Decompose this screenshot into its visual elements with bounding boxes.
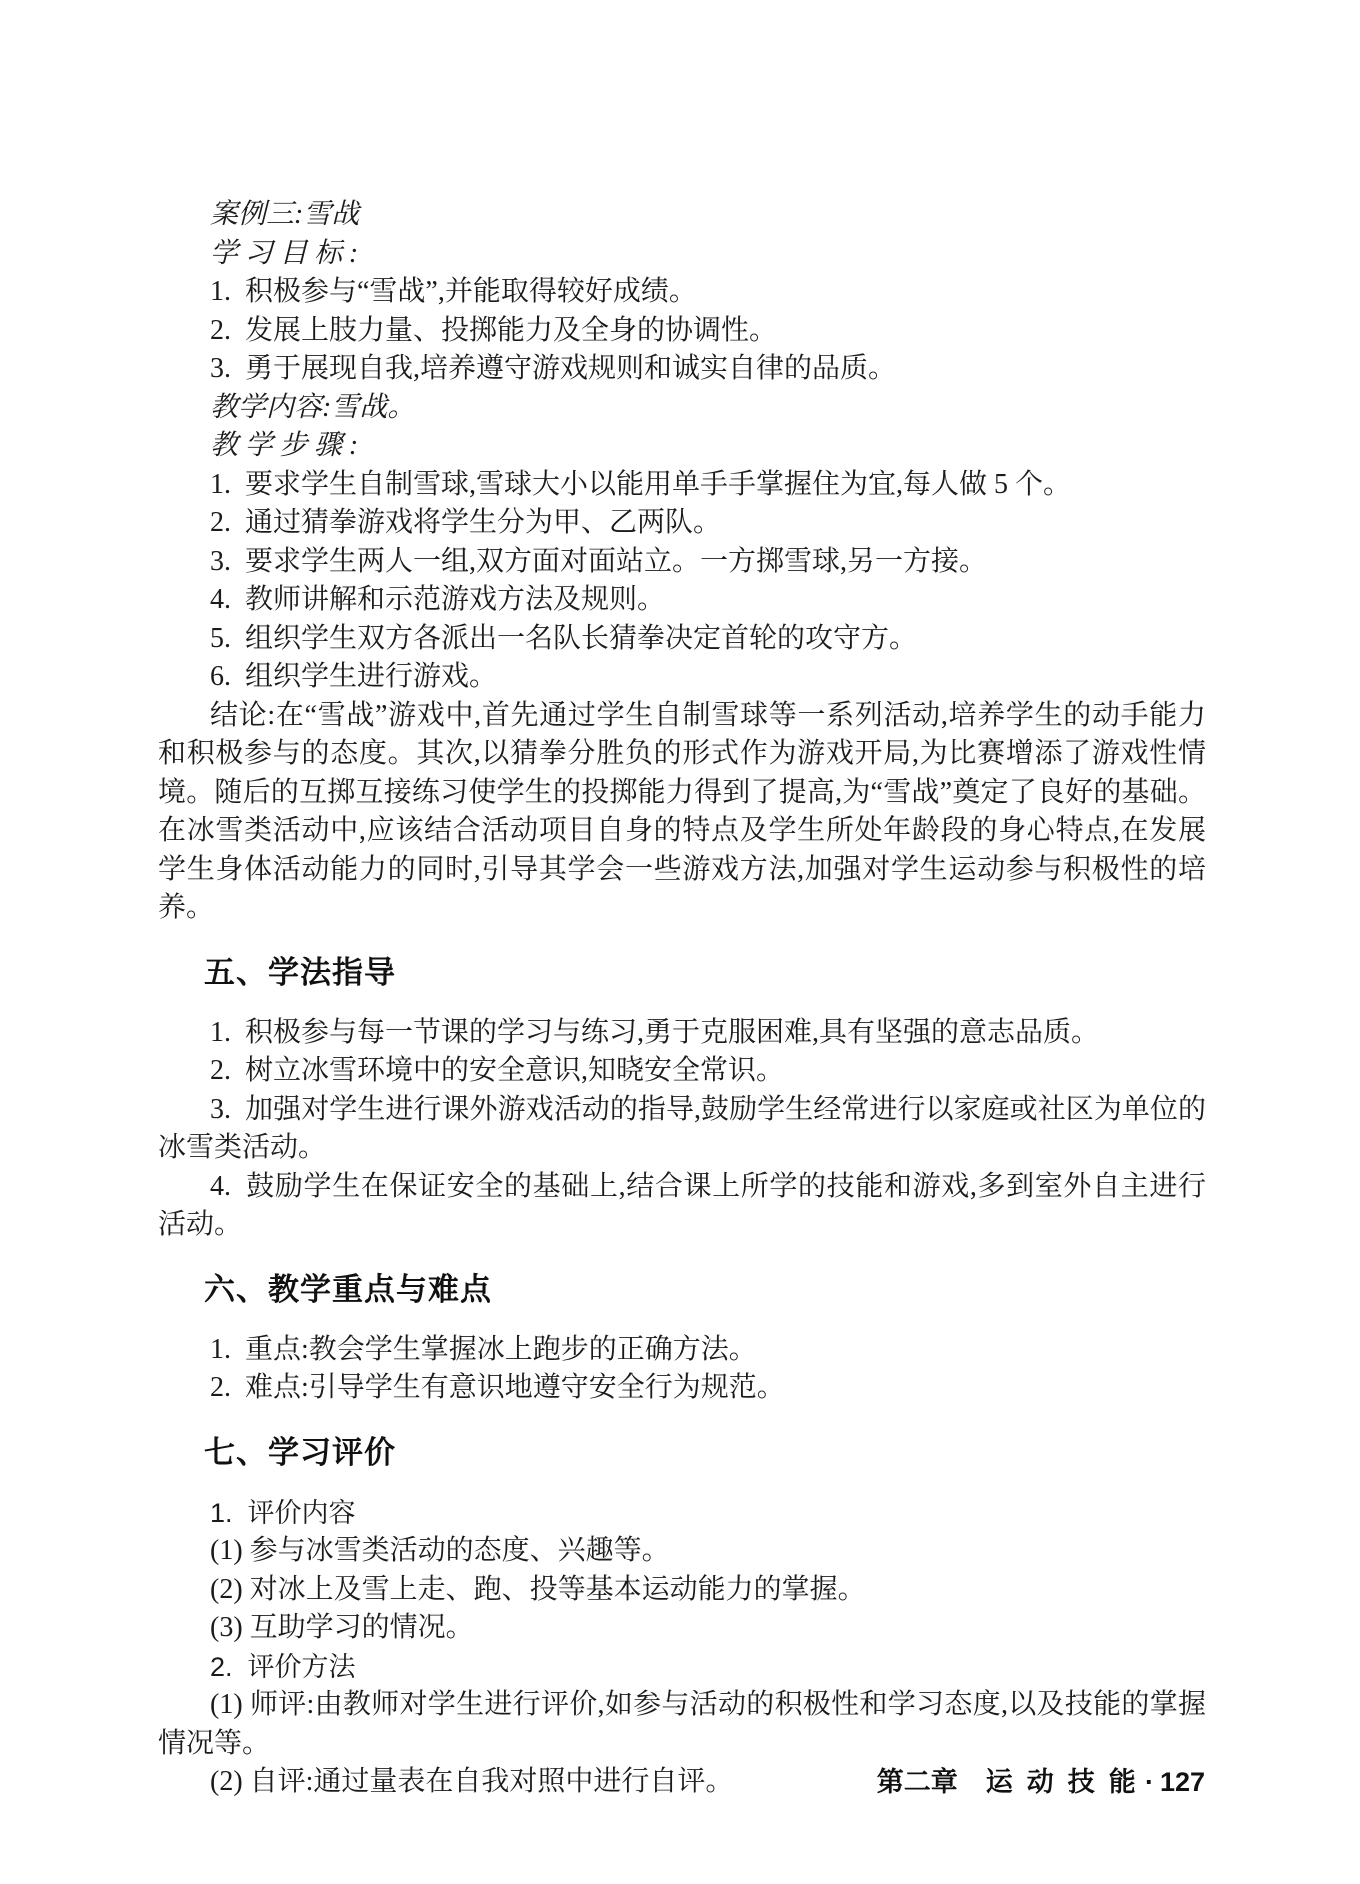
footer-separator-dot: · [1145,1767,1154,1798]
eval-content-item-2: (2) 对冰上及雪上走、跑、投等基本运动能力的掌握。 [158,1571,1206,1610]
label-teaching-steps: 教学步骤: [158,427,1206,466]
subheading-eval-method: 2. 评价方法 [158,1648,1206,1687]
footer-chapter-label: 第二章 [877,1760,958,1799]
conclusion-paragraph: 结论:在“雪战”游戏中,首先通过学生自制雪球等一系列活动,培养学生的动手能力和积… [158,697,1206,928]
goal-item-1: 1. 积极参与“雪战”,并能取得较好成绩。 [158,273,1206,312]
step-item-5: 5. 组织学生双方各派出一名队长猜拳决定首轮的攻守方。 [158,620,1206,659]
step-item-3: 3. 要求学生两人一组,双方面对面站立。一方掷雪球,另一方接。 [158,543,1206,582]
section-heading-7: 七、学习评价 [158,1432,1206,1474]
page-footer: 第二章 运 动 技 能 · 127 [877,1760,1205,1799]
guidance-item-1: 1. 积极参与每一节课的学习与练习,勇于克服困难,具有坚强的意志品质。 [158,1014,1206,1053]
eval-content-item-1: (1) 参与冰雪类活动的态度、兴趣等。 [158,1532,1206,1571]
document-page: 案例三:雪战 学习目标: 1. 积极参与“雪战”,并能取得较好成绩。 2. 发展… [158,196,1206,1802]
subheading-eval-content: 1. 评价内容 [158,1494,1206,1533]
section-heading-5: 五、学法指导 [158,952,1206,994]
label-learning-goals: 学习目标: [158,235,1206,274]
step-item-2: 2. 通过猜拳游戏将学生分为甲、乙两队。 [158,504,1206,543]
step-item-1: 1. 要求学生自制雪球,雪球大小以能用单手手掌握住为宜,每人做 5 个。 [158,466,1206,505]
case-title: 案例三:雪战 [158,196,1206,235]
goal-item-2: 2. 发展上肢力量、投掷能力及全身的协调性。 [158,312,1206,351]
footer-section-label: 运 动 技 能 [986,1760,1139,1799]
eval-content-item-3: (3) 互助学习的情况。 [158,1609,1206,1648]
guidance-item-2: 2. 树立冰雪环境中的安全意识,知晓安全常识。 [158,1052,1206,1091]
step-item-4: 4. 教师讲解和示范游戏方法及规则。 [158,581,1206,620]
section-heading-6: 六、教学重点与难点 [158,1269,1206,1311]
footer-page-number: 127 [1160,1767,1205,1798]
guidance-item-3: 3. 加强对学生进行课外游戏活动的指导,鼓励学生经常进行以家庭或社区为单位的冰雪… [158,1091,1206,1168]
step-item-6: 6. 组织学生进行游戏。 [158,658,1206,697]
goal-item-3: 3. 勇于展现自我,培养遵守游戏规则和诚实自律的品质。 [158,350,1206,389]
keypoint-item-1: 1. 重点:教会学生掌握冰上跑步的正确方法。 [158,1331,1206,1370]
eval-method-item-1: (1) 师评:由教师对学生进行评价,如参与活动的积极性和学习态度,以及技能的掌握… [158,1686,1206,1763]
label-teaching-content: 教学内容:雪战。 [158,389,1206,428]
guidance-item-4: 4. 鼓励学生在保证安全的基础上,结合课上所学的技能和游戏,多到室外自主进行活动… [158,1168,1206,1245]
keypoint-item-2: 2. 难点:引导学生有意识地遵守安全行为规范。 [158,1369,1206,1408]
